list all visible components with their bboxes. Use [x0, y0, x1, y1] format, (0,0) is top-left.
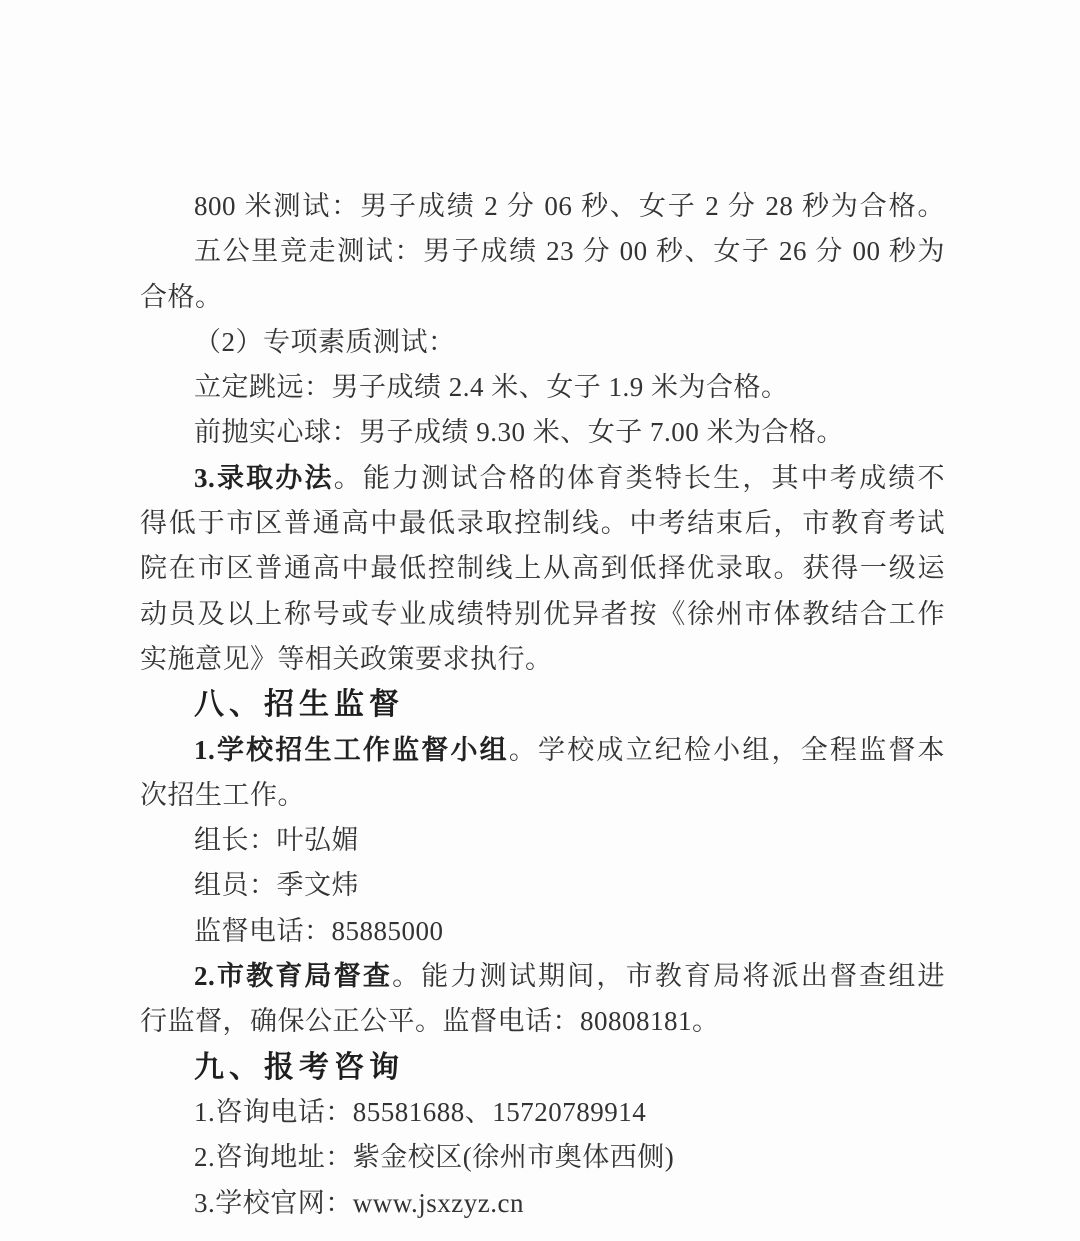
text-run: 八、招生监督	[194, 688, 404, 721]
text-run: 组员：季文炜	[194, 870, 359, 900]
line-racewalk-test-cont: 合格。	[140, 275, 945, 320]
bold-text-run: 2.市教育局督查	[194, 961, 392, 991]
text-run: 院在市区普通高中最低控制线上从高到低择优录取。获得一级运	[140, 553, 945, 583]
text-run: 合格。	[140, 282, 223, 312]
line-admission-method-cont-3: 动员及以上称号或专业成绩特别优异者按《徐州市体教结合工作	[140, 592, 945, 637]
text-run: 九、报考咨询	[194, 1051, 404, 1084]
line-racewalk-test: 五公里竞走测试：男子成绩 23 分 00 秒、女子 26 分 00 秒为	[140, 229, 945, 274]
line-group-leader: 组长：叶弘媚	[140, 818, 945, 863]
text-run: 800 米测试：男子成绩 2 分 06 秒、女子 2 分 28 秒为合格。	[194, 191, 945, 221]
text-run: 。能力测试期间，市教育局将派出督查组进	[392, 961, 945, 991]
line-school-supervision-group: 1.学校招生工作监督小组。学校成立纪检小组，全程监督本	[140, 728, 945, 773]
line-standing-jump: 立定跳远：男子成绩 2.4 米、女子 1.9 米为合格。	[140, 365, 945, 410]
text-run: 前抛实心球：男子成绩 9.30 米、女子 7.00 米为合格。	[194, 417, 844, 447]
text-run: 行监督，确保公正公平。监督电话：80808181。	[140, 1006, 720, 1036]
line-school-supervision-cont: 次招生工作。	[140, 773, 945, 818]
bold-text-run: 3.录取办法	[194, 463, 334, 493]
line-consultation-address: 2.咨询地址：紫金校区(徐州市奥体西侧)	[140, 1135, 945, 1180]
line-admission-method-cont-2: 院在市区普通高中最低控制线上从高到低择优录取。获得一级运	[140, 546, 945, 591]
line-admission-method-cont-4: 实施意见》等相关政策要求执行。	[140, 637, 945, 682]
line-special-quality-test: （2）专项素质测试：	[140, 320, 945, 365]
line-group-member: 组员：季文炜	[140, 863, 945, 908]
text-run: 实施意见》等相关政策要求执行。	[140, 644, 553, 674]
line-school-website: 3.学校官网：www.jsxzyz.cn	[140, 1181, 945, 1226]
text-run: 监督电话：85885000	[194, 916, 444, 946]
text-run: 。学校成立纪检小组，全程监督本	[509, 735, 945, 765]
heading-application-consultation: 九、报考咨询	[140, 1045, 945, 1090]
line-medicine-ball: 前抛实心球：男子成绩 9.30 米、女子 7.00 米为合格。	[140, 410, 945, 455]
line-bureau-inspection-cont: 行监督，确保公正公平。监督电话：80808181。	[140, 999, 945, 1044]
document-page: 800 米测试：男子成绩 2 分 06 秒、女子 2 分 28 秒为合格。五公里…	[0, 0, 1080, 1241]
document-content: 800 米测试：男子成绩 2 分 06 秒、女子 2 分 28 秒为合格。五公里…	[140, 184, 945, 1226]
text-run: 动员及以上称号或专业成绩特别优异者按《徐州市体教结合工作	[140, 599, 945, 629]
text-run: 立定跳远：男子成绩 2.4 米、女子 1.9 米为合格。	[194, 372, 789, 402]
line-bureau-inspection: 2.市教育局督查。能力测试期间，市教育局将派出督查组进	[140, 954, 945, 999]
text-run: 。能力测试合格的体育类特长生，其中考成绩不	[334, 463, 945, 493]
line-supervision-phone: 监督电话：85885000	[140, 909, 945, 954]
line-admission-method-cont-1: 得低于市区普通高中最低录取控制线。中考结束后，市教育考试	[140, 501, 945, 546]
text-run: 得低于市区普通高中最低录取控制线。中考结束后，市教育考试	[140, 508, 945, 538]
text-run: 3.学校官网：www.jsxzyz.cn	[194, 1188, 524, 1218]
text-run: 2.咨询地址：紫金校区(徐州市奥体西侧)	[194, 1142, 674, 1172]
line-consultation-phone: 1.咨询电话：85581688、15720789914	[140, 1090, 945, 1135]
text-run: 五公里竞走测试：男子成绩 23 分 00 秒、女子 26 分 00 秒为	[194, 236, 945, 266]
text-run: 组长：叶弘媚	[194, 825, 359, 855]
text-run: 次招生工作。	[140, 780, 305, 810]
line-admission-method: 3.录取办法。能力测试合格的体育类特长生，其中考成绩不	[140, 456, 945, 501]
text-run: 1.咨询电话：85581688、15720789914	[194, 1097, 646, 1127]
text-run: （2）专项素质测试：	[194, 327, 456, 357]
heading-recruitment-supervision: 八、招生监督	[140, 682, 945, 727]
bold-text-run: 1.学校招生工作监督小组	[194, 735, 509, 765]
line-800m-test: 800 米测试：男子成绩 2 分 06 秒、女子 2 分 28 秒为合格。	[140, 184, 945, 229]
